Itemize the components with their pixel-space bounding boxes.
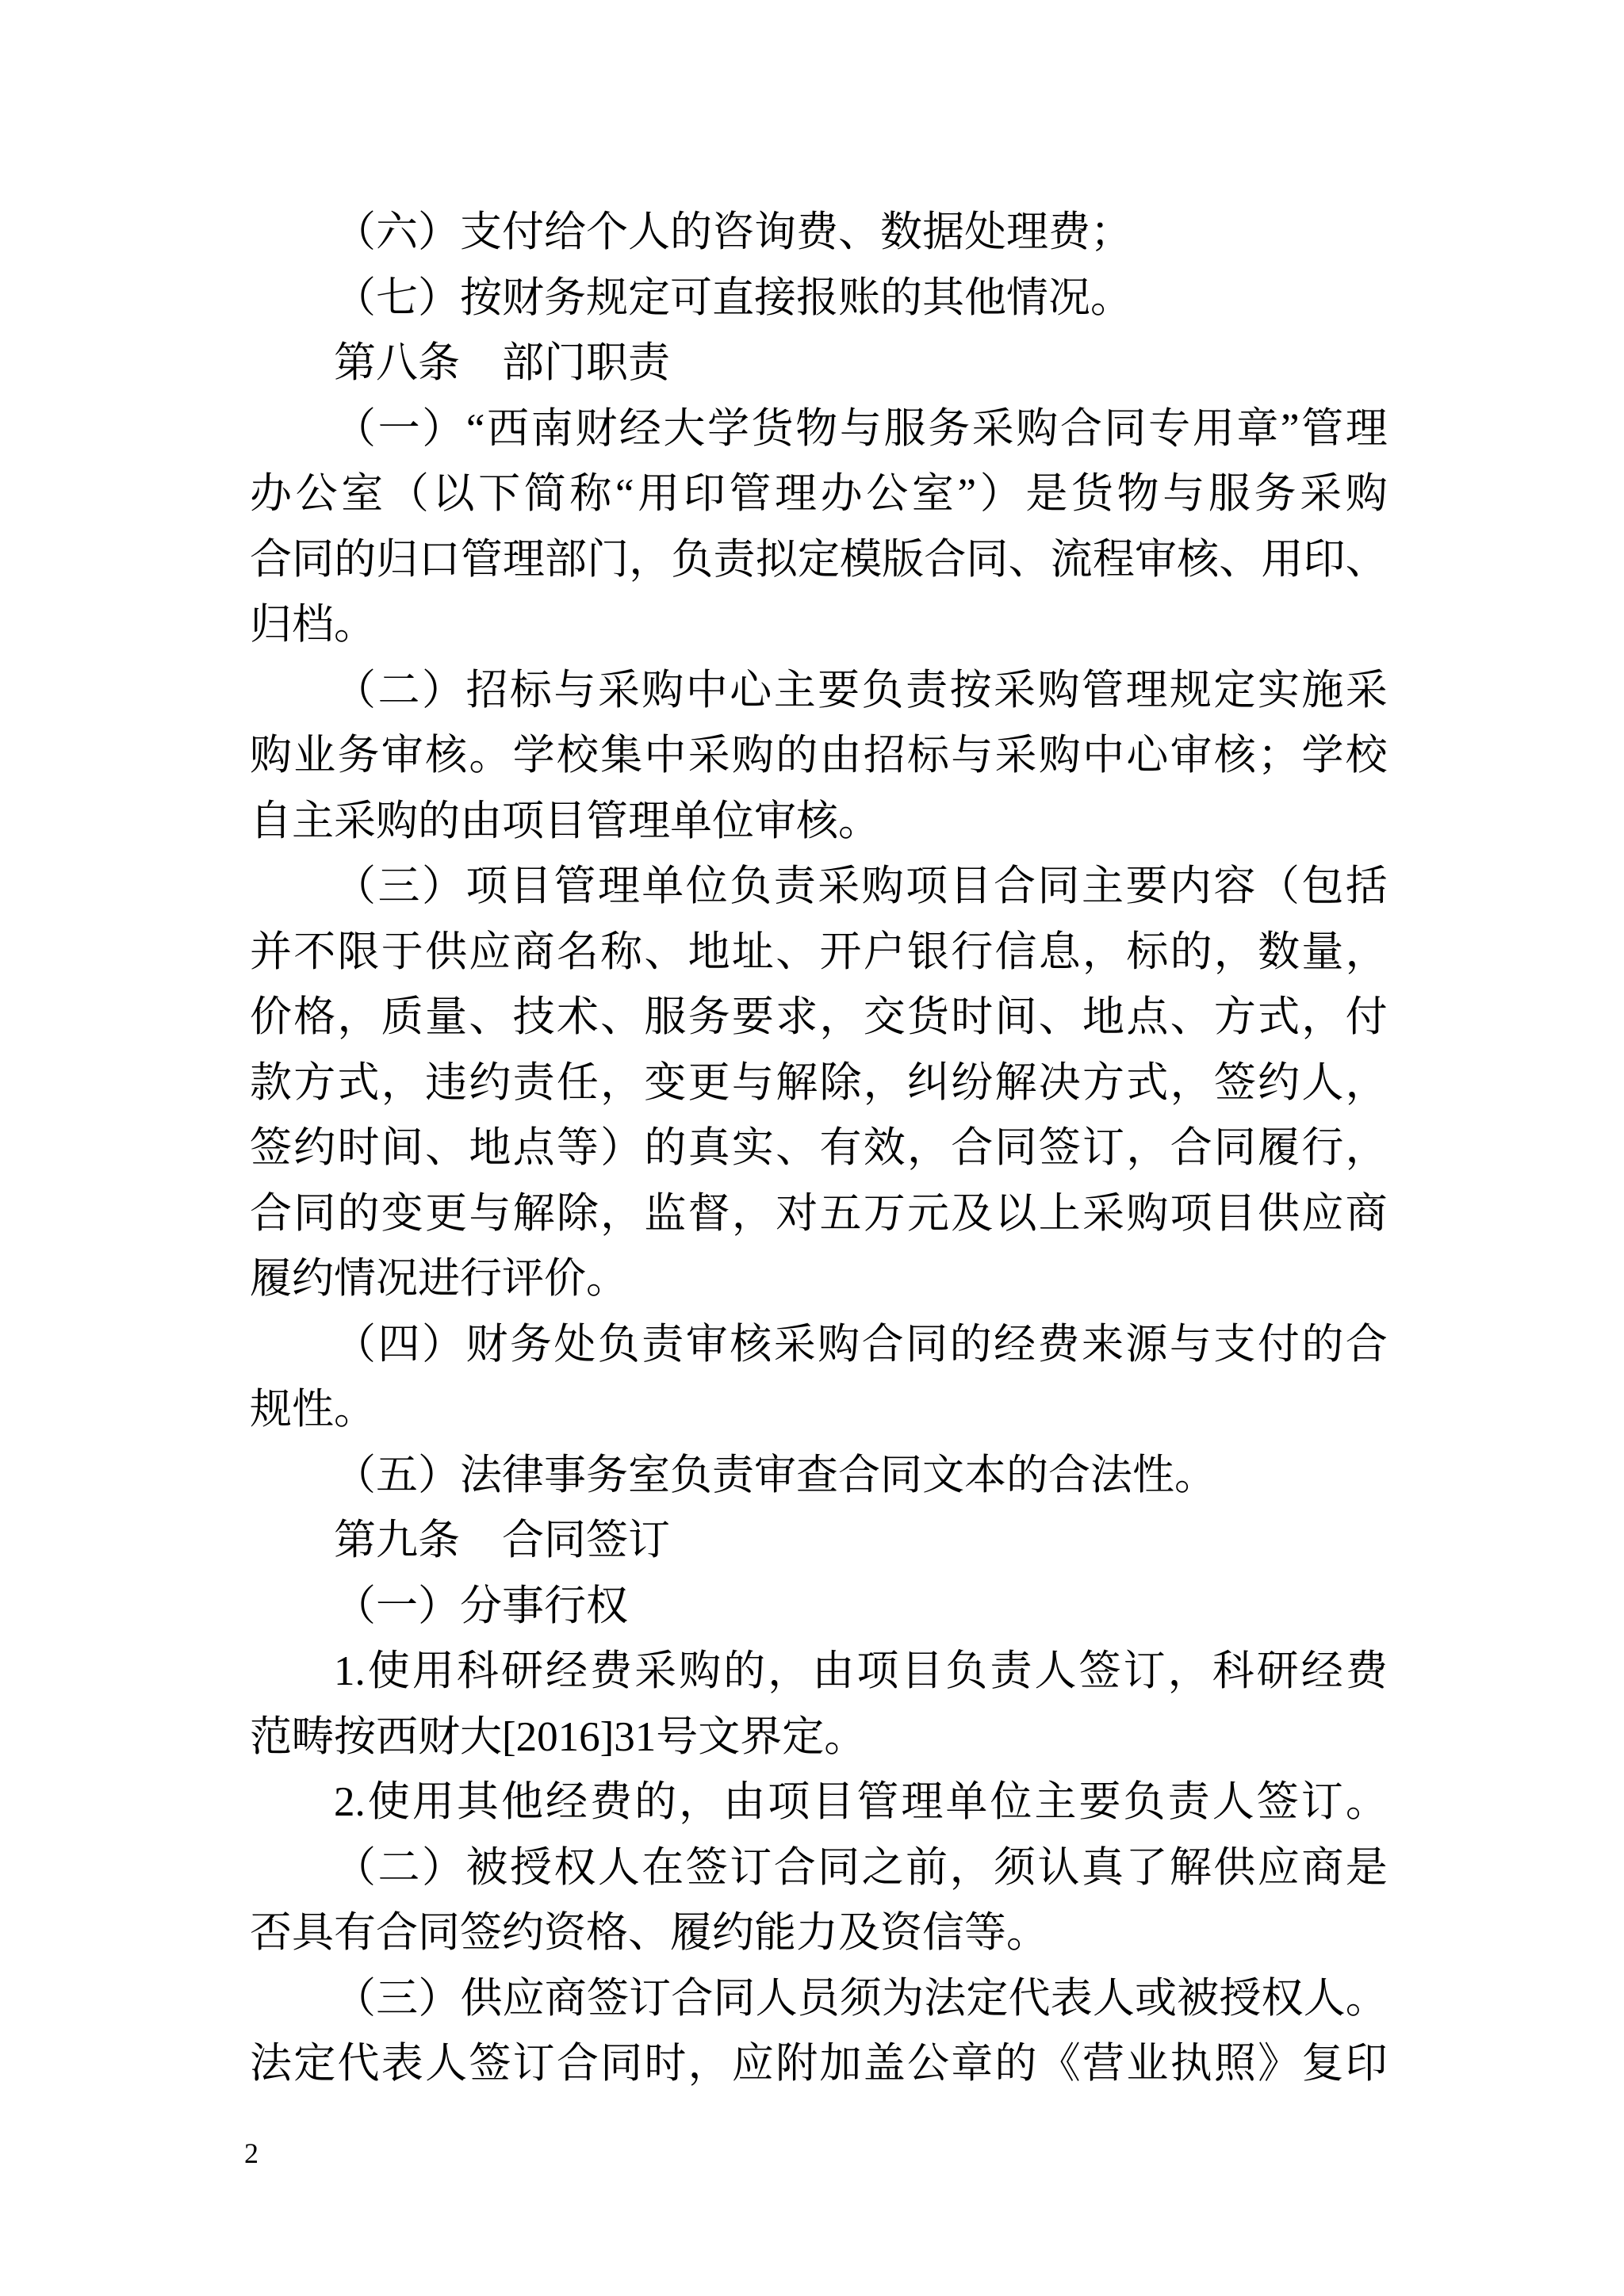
text-line: （一）分事行权 [250,1574,1388,1640]
text-line: 购业务审核。学校集中采购的由招标与采购中心审核；学校 [250,723,1388,789]
text-line: （五）法律事务室负责审查合同文本的合法性。 [250,1443,1388,1509]
text-line: 并不限于供应商名称、地址、开户银行信息，标的，数量， [250,920,1388,985]
text-line: 签约时间、地点等）的真实、有效，合同签订，合同履行， [250,1115,1388,1181]
text-line: 自主采购的由项目管理单位审核。 [250,789,1388,855]
text-line: 法定代表人签订合同时，应附加盖公章的《营业执照》复印 [250,2031,1388,2097]
text-line: 款方式，违约责任，变更与解除，纠纷解决方式，签约人， [250,1050,1388,1116]
text-line: 第九条 合同签订 [250,1508,1388,1574]
text-line: 范畴按西财大[2016]31号文界定。 [250,1705,1388,1770]
text-line: 办公室（以下简称“用印管理办公室”）是货物与服务采购 [250,461,1388,527]
page-number: 2 [244,2134,259,2172]
text-line: （一）“西南财经大学货物与服务采购合同专用章”管理 [250,396,1388,462]
text-line: 价格，质量、技术、服务要求，交货时间、地点、方式，付 [250,985,1388,1050]
text-line: 合同的归口管理部门，负责拟定模版合同、流程审核、用印、 [250,527,1388,593]
document-page: （六）支付给个人的咨询费、数据处理费；（七）按财务规定可直接报账的其他情况。第八… [0,0,1624,2296]
text-line: （七）按财务规定可直接报账的其他情况。 [250,266,1388,331]
text-line: （二）招标与采购中心主要负责按采购管理规定实施采 [250,658,1388,724]
text-line: （三）供应商签订合同人员须为法定代表人或被授权人。 [250,1966,1388,2032]
text-line: 履约情况进行评价。 [250,1246,1388,1312]
text-line: （四）财务处负责审核采购合同的经费来源与支付的合 [250,1312,1388,1378]
text-line: 否具有合同签约资格、履约能力及资信等。 [250,1900,1388,1966]
text-block: （六）支付给个人的咨询费、数据处理费；（七）按财务规定可直接报账的其他情况。第八… [250,200,1388,2097]
text-line: （六）支付给个人的咨询费、数据处理费； [250,200,1388,266]
text-line: 规性。 [250,1377,1388,1443]
text-line: 第八条 部门职责 [250,331,1388,396]
text-line: （二）被授权人在签订合同之前，须认真了解供应商是 [250,1835,1388,1901]
text-line: （三）项目管理单位负责采购项目合同主要内容（包括 [250,854,1388,920]
text-line: 合同的变更与解除，监督，对五万元及以上采购项目供应商 [250,1181,1388,1247]
text-line: 1.使用科研经费采购的，由项目负责人签订，科研经费 [250,1639,1388,1705]
text-line: 2.使用其他经费的，由项目管理单位主要负责人签订。 [250,1770,1388,1835]
text-line: 归档。 [250,592,1388,658]
